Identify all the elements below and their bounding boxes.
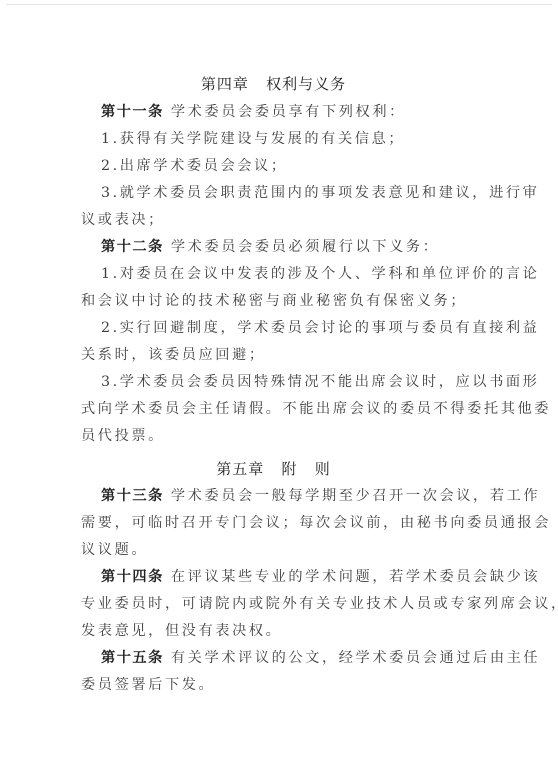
article-14: 第十四条 在评议某些专业的学术问题，若学术委员会缺少该 <box>101 568 540 586</box>
article-label: 第十三条 <box>101 488 164 504</box>
article-12: 第十二条 学术委员会委员必须履行以下义务： <box>101 238 439 256</box>
list-item: 3.学术委员会委员因特殊情况不能出席会议时，应以书面形 <box>101 373 539 391</box>
article-label: 第十一条 <box>101 104 164 120</box>
article-text: 有关学术评议的公文，经学术委员会通过后由主任 <box>164 650 540 666</box>
article-text: 学术委员会委员享有下列权利： <box>164 104 406 120</box>
list-item-continuation: 式向学术委员会主任请假。不能出席会议的委员不得委托其他委 <box>81 400 551 418</box>
article-text: 学术委员会委员必须履行以下义务： <box>164 239 440 255</box>
paragraph-continuation: 需要，可临时召开专门会议；每次会议前，由秘书向委员通报会 <box>81 514 551 532</box>
list-item: 2.实行回避制度，学术委员会讨论的事项与委员有直接利益 <box>101 319 539 337</box>
list-item-continuation: 员代投票。 <box>81 427 165 445</box>
list-item-continuation: 关系时，该委员应回避； <box>81 346 266 364</box>
article-text: 在评议某些专业的学术问题，若学术委员会缺少该 <box>164 569 540 585</box>
article-label: 第十四条 <box>101 569 164 585</box>
article-text: 学术委员会一般每学期至少召开一次会议，若工作 <box>164 488 540 504</box>
list-item-continuation: 和会议中讨论的技术秘密与商业秘密负有保密义务； <box>81 292 467 310</box>
paragraph-continuation: 专业委员时，可请院内或院外有关专业技术人员或专家列席会议， <box>81 595 558 613</box>
article-11: 第十一条 学术委员会委员享有下列权利： <box>101 103 406 121</box>
list-item-continuation: 议或表决； <box>81 211 165 229</box>
article-label: 第十五条 <box>101 650 164 666</box>
list-item: 1.获得有关学院建设与发展的有关信息； <box>101 130 405 148</box>
list-item: 2.出席学术委员会会议； <box>101 157 288 175</box>
article-15: 第十五条 有关学术评议的公文，经学术委员会通过后由主任 <box>101 649 540 667</box>
paragraph-continuation: 议议题。 <box>81 541 148 559</box>
list-item: 3.就学术委员会职责范围内的事项发表意见和建议，进行审 <box>101 184 539 202</box>
paragraph-continuation: 发表意见，但没有表决权。 <box>81 622 282 640</box>
paragraph-continuation: 委员签署后下发。 <box>81 676 215 694</box>
article-13: 第十三条 学术委员会一般每学期至少召开一次会议，若工作 <box>101 487 540 505</box>
chapter-4-title: 第四章 权利与义务 <box>81 75 466 93</box>
list-item: 1.对委员在会议中发表的涉及个人、学科和单位评价的言论 <box>101 265 539 283</box>
scan-top-edge <box>6 4 552 5</box>
article-label: 第十二条 <box>101 239 164 255</box>
chapter-5-title: 第五章 附 则 <box>81 460 466 478</box>
